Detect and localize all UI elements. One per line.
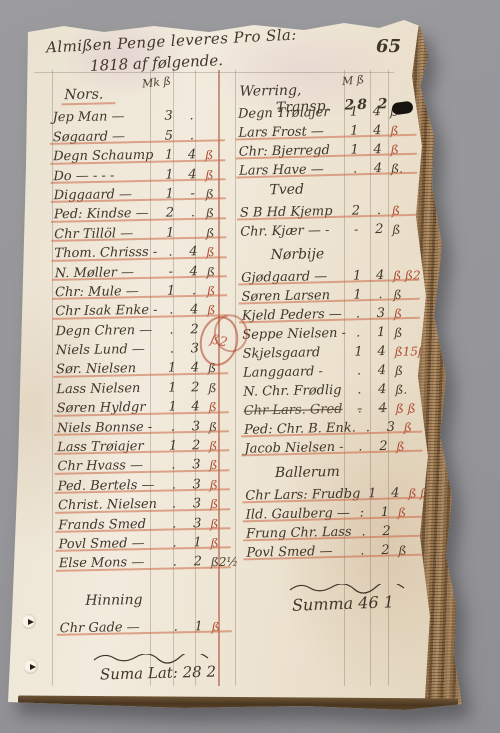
- row-sk: 4: [369, 268, 391, 283]
- book-bottom-edge: [18, 695, 458, 711]
- header-rule-line: [34, 72, 394, 73]
- row-name: Chr Isak Enke -: [55, 303, 159, 319]
- row-sym: ß: [206, 381, 232, 395]
- row-mk: .: [162, 535, 186, 550]
- row-mk: 1: [161, 438, 185, 453]
- row-sym: ß.: [389, 161, 421, 176]
- ledger-page: Almißen Penge leveres Pro Sla: 1818 af f…: [4, 16, 470, 716]
- row-name: Degn Schaump: [53, 148, 157, 164]
- ledger-row: Chr Hvass —.3ß: [57, 453, 233, 475]
- row-name: Else Mons —: [59, 555, 163, 571]
- row-name: Chr Gade —: [60, 620, 164, 636]
- row-sk: 2: [374, 543, 396, 558]
- row-mk: .: [164, 619, 188, 634]
- ledger-row: Chr: Mule —1.ß: [55, 278, 231, 300]
- row-sk: 4: [183, 302, 205, 317]
- ledger-row: Jep Man —3.: [52, 104, 228, 126]
- page-title-line1: Almißen Penge leveres Pro Sla:: [46, 25, 297, 56]
- row-sym: ß: [392, 325, 424, 340]
- ledger-row: Ped. Bertels —.3ß: [58, 472, 234, 494]
- row-mk: .: [346, 306, 370, 321]
- row-sym: ß: [204, 187, 230, 201]
- row-name: N. Møller —: [55, 264, 159, 280]
- row-sym: ß: [207, 439, 233, 453]
- row-sk: .: [183, 283, 205, 298]
- row-sk: 4: [372, 401, 394, 416]
- row-sym: ß: [388, 123, 420, 138]
- row-mk: .: [161, 419, 185, 434]
- ledger-row: Chr Tillöl —1ß: [54, 220, 230, 242]
- ledger-row: Degn Schaump14ß: [53, 143, 229, 165]
- row-mk: .: [162, 477, 186, 492]
- row-mk: 1: [342, 104, 366, 119]
- row-sk: 4: [384, 486, 406, 501]
- photo-background: Almißen Penge leveres Pro Sla: 1818 af f…: [0, 0, 500, 733]
- row-sk: 4: [185, 399, 207, 414]
- row-name: Chr. Kjær — -: [240, 223, 344, 240]
- ledger-row: Chr Isak Enke -.4ß: [55, 298, 231, 320]
- ledger-row: Jacob Nielsen -.2ß: [244, 434, 426, 456]
- ledger-row: Povl Smed —.1ß: [58, 530, 234, 552]
- row-name: Niels Lund —: [56, 342, 160, 358]
- row-sym: ß: [207, 458, 233, 472]
- page-number: 65: [376, 36, 401, 57]
- row-sk: 3: [186, 477, 208, 492]
- row-sym: ß: [203, 148, 229, 162]
- row-sk: 4: [181, 147, 203, 162]
- ledger-section: TvedS B Hd Kjemp2.ßChr. Kjær — --2ß: [239, 179, 422, 239]
- row-sk: .: [182, 205, 204, 220]
- row-mk: 2: [158, 206, 182, 221]
- row-sk: 4: [366, 104, 388, 119]
- row-sym: ß: [208, 478, 234, 492]
- row-name: Povl Smed —: [58, 536, 162, 552]
- row-sym: ß: [205, 264, 231, 278]
- row-sk: 4: [367, 142, 389, 157]
- ledger-row: Else Mons —.2ß2½: [59, 550, 235, 572]
- row-sk: 3: [186, 516, 208, 531]
- row-sk: .: [368, 203, 390, 218]
- row-sk: 1: [186, 535, 208, 550]
- ledger-row: Ped: Kindse —2.ß: [54, 201, 230, 223]
- row-sk: 1: [374, 505, 396, 520]
- row-sym: ß: [402, 420, 426, 434]
- row-mk: -: [159, 264, 183, 279]
- row-sk: 1: [370, 325, 392, 340]
- ledger-row: Do — - - -14ß: [53, 162, 229, 184]
- row-sym: ß: [207, 419, 233, 433]
- row-sym: ß ß: [394, 401, 426, 416]
- row-sym: ß ß2: [391, 268, 423, 283]
- row-sym: ß: [203, 167, 229, 181]
- ledger-row: Lass Trøiajer12ß: [57, 433, 233, 455]
- row-name: Christ. Nielsen: [58, 497, 162, 513]
- row-sym: ß: [204, 226, 230, 240]
- row-name: Povl Smed —: [246, 544, 350, 561]
- row-mk: 1: [158, 225, 182, 240]
- row-name: Niels Bonnse -: [57, 419, 161, 435]
- row-sk: 4: [184, 361, 206, 376]
- row-mk: .: [161, 458, 185, 473]
- row-mk: .: [346, 325, 370, 340]
- ledger-row: Diggaard —1-ß: [54, 181, 230, 203]
- row-sk: 3: [185, 419, 207, 434]
- right-column-total: Summa 46 1: [292, 592, 394, 615]
- row-sk: .: [180, 109, 202, 124]
- row-sk: .: [181, 128, 203, 143]
- row-mk: 1: [343, 142, 367, 157]
- row-name: Lass Nielsen: [56, 381, 160, 397]
- row-sym: ß: [208, 497, 234, 511]
- row-mk: .: [356, 420, 380, 435]
- ledger-section: Werring,Degn Trøiajer14ßLars Frost —14ßC…: [237, 80, 421, 178]
- ledger-row: Chr Gade —.1ß: [60, 614, 236, 636]
- ledger-row: Lars Have —.4ß.: [239, 156, 421, 178]
- row-mk: -: [344, 222, 368, 237]
- row-sk: 1: [188, 619, 210, 634]
- left-column-total: Suma Lat: 28 2: [100, 662, 216, 683]
- ledger-row: Søren Hyldgr14ß: [57, 395, 233, 417]
- section-heading: Hinning: [85, 591, 235, 612]
- row-mk: 1: [161, 400, 185, 415]
- row-name: Ped. Bertels —: [58, 478, 162, 494]
- ledger-section: HinningChr Gade —.1ß: [59, 591, 236, 636]
- row-sk: 2: [368, 222, 390, 237]
- row-mk: 1: [160, 361, 184, 376]
- ledger-section: NørbijeGjødgaard —14ß ß2Søren Larsen1.ßK…: [241, 244, 427, 456]
- section-heading: Nors.: [64, 85, 228, 106]
- ledger-row: Søgaard —5.: [53, 123, 229, 145]
- row-sk: 3: [185, 458, 207, 473]
- ledger-row: Povl Smed —.2ß: [246, 538, 428, 560]
- row-sk: 4: [182, 244, 204, 259]
- row-name: Ped: Kindse —: [54, 206, 158, 222]
- row-sym: ß: [204, 206, 230, 220]
- row-name: Søren Hyldgr: [57, 400, 161, 416]
- row-sk: 4: [370, 344, 392, 359]
- row-mk: .: [162, 497, 186, 512]
- ledger-row: Niels Bonnse -.3ß: [57, 414, 233, 436]
- row-sk: 2: [185, 438, 207, 453]
- ledger-row: Frands Smed.3ß: [58, 511, 234, 533]
- row-mk: 1: [157, 167, 181, 182]
- row-sym: ß: [207, 400, 233, 414]
- row-sk: 2: [187, 554, 209, 569]
- row-mk: 1: [342, 123, 366, 138]
- row-mk: 1: [159, 283, 183, 298]
- row-sk: 4: [181, 167, 203, 182]
- row-sym: ß: [208, 536, 234, 550]
- row-mk: 5: [157, 128, 181, 143]
- row-name: Chr: Mule —: [55, 284, 159, 300]
- row-name: Jep Man —: [53, 109, 157, 125]
- row-mk: .: [160, 342, 184, 357]
- row-mk: :: [350, 505, 374, 520]
- row-sk: 4: [371, 363, 393, 378]
- row-sym: ß: [204, 245, 230, 259]
- row-mk: .: [159, 322, 183, 337]
- row-mk: .: [159, 303, 183, 318]
- row-mk: 1: [360, 486, 384, 501]
- ledger-row: Chr. Kjær — --2ß: [240, 217, 422, 239]
- row-sym: ß: [394, 439, 426, 454]
- row-mk: .: [347, 363, 371, 378]
- ledger-section: BallerumChr Lars: Frudbg14ß ß2Ild. Gaulb…: [245, 462, 429, 560]
- row-name: Do — - - -: [53, 167, 157, 183]
- row-sk: 4: [183, 264, 205, 279]
- row-sk: 3: [370, 306, 392, 321]
- row-name: Lars Have —: [239, 162, 343, 179]
- row-mk: .: [347, 382, 371, 397]
- row-mk: .: [158, 245, 182, 260]
- row-name: Søgaard —: [53, 129, 157, 145]
- row-sym: ß2½: [209, 555, 238, 569]
- row-sk: .: [369, 287, 391, 302]
- binding-hole: [24, 659, 38, 675]
- ledger-row: Lass Nielsen12ß: [56, 375, 232, 397]
- row-mk: 1: [158, 186, 182, 201]
- row-mk: .: [162, 516, 186, 531]
- binding-hole: [22, 614, 36, 630]
- row-sk: 3: [380, 420, 402, 435]
- row-sk: 3: [186, 496, 208, 511]
- row-mk: 3: [156, 109, 180, 124]
- row-sk: 2: [184, 380, 206, 395]
- row-name: Diggaard —: [54, 187, 158, 203]
- row-mk: 1: [160, 380, 184, 395]
- row-name: Jacob Nielsen -: [244, 440, 348, 457]
- row-mk: .: [348, 401, 372, 416]
- row-sk: 4: [366, 123, 388, 138]
- ledger-row: N. Møller —-4ß: [55, 259, 231, 281]
- row-sym: ß: [392, 306, 424, 321]
- right-ledger-column: Werring,Degn Trøiajer14ßLars Frost —14ßC…: [237, 80, 428, 560]
- row-mk: 1: [346, 344, 370, 359]
- ledger-row: Thom. Chrisss -.4ß: [54, 240, 230, 262]
- row-sym: ß: [389, 142, 421, 157]
- row-name: Chr Tillöl —: [54, 226, 158, 242]
- row-mk: .: [351, 524, 375, 539]
- row-name: Chr Hvass —: [57, 458, 161, 474]
- row-mk: .: [343, 161, 367, 176]
- row-mk: .: [348, 439, 372, 454]
- row-sym: ß: [208, 516, 234, 530]
- row-mk: 1: [157, 148, 181, 163]
- row-name: Frands Smed: [58, 516, 162, 532]
- row-sk: -: [182, 186, 204, 201]
- ledger-row: Christ. Nielsen.3ß: [58, 492, 234, 514]
- row-name: Sør. Nielsen: [56, 361, 160, 377]
- ledger-page-wrap: Almißen Penge leveres Pro Sla: 1818 af f…: [4, 16, 470, 716]
- row-name: Lass Trøiajer: [57, 439, 161, 455]
- row-sk: 4: [367, 161, 389, 176]
- row-sym: ß: [205, 284, 231, 298]
- row-sk: 2: [375, 524, 397, 539]
- row-mk: .: [350, 543, 374, 558]
- row-name: Degn Chren —: [55, 322, 159, 338]
- row-sym: ß: [391, 287, 423, 302]
- row-mk: 2: [344, 203, 368, 218]
- row-mk: 1: [345, 287, 369, 302]
- row-sk: 2: [372, 439, 394, 454]
- row-sk: 4: [371, 382, 393, 397]
- row-mk: .: [163, 555, 187, 570]
- row-mk: 1: [345, 268, 369, 283]
- row-name: Thom. Chrisss -: [54, 245, 158, 261]
- row-sym: ß: [210, 620, 236, 634]
